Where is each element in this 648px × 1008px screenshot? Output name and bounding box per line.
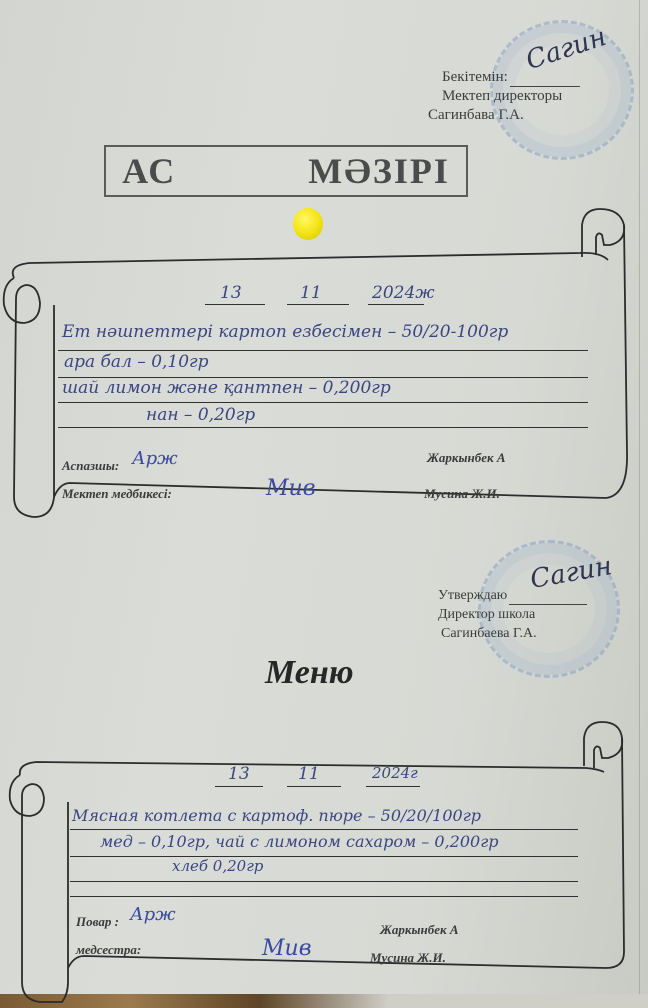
date-year: 2024ж [372, 283, 435, 303]
menu-rule [58, 350, 588, 351]
menu-line: мед – 0,10гр, чай с лимоном сахаром – 0,… [100, 832, 499, 851]
signatory-role: Повар : [76, 914, 119, 930]
menu-line: ара бал – 0,10гр [64, 352, 209, 372]
menu-rule [70, 829, 578, 830]
signatory-name: Мусина Ж.И. [424, 486, 500, 502]
menu-rule [70, 881, 578, 882]
page-title: АС МӘЗІРІ [104, 145, 468, 197]
scroll-frame-ru [0, 720, 648, 1008]
approval-block-kz: Бекітемін: Мектеп директоры Сагинбава Г.… [442, 68, 580, 125]
menu-line: Ет нәшпеттері картоп езбесімен – 50/20-1… [62, 322, 508, 342]
nurse-signature: Мив [262, 936, 312, 961]
date-month: 11 [300, 283, 322, 303]
menu-line: хлеб 0,20гр [172, 857, 263, 875]
signatory-role: медсестра: [76, 942, 141, 958]
menu-rule [58, 427, 588, 428]
cook-signature: Арж [132, 448, 178, 469]
date-month: 11 [298, 764, 320, 784]
date-month-rule [287, 304, 349, 305]
menu-rule [70, 856, 578, 857]
signatory-role: Мектеп медбикесі: [62, 486, 172, 502]
date-year-rule [368, 304, 424, 305]
nurse-signature: Мив [266, 476, 316, 501]
date-year: 2024г [372, 764, 418, 782]
approval-block-ru: Утверждаю Директор школа Сагинбаева Г.А. [438, 586, 587, 643]
date-day-rule [215, 786, 263, 787]
approval-name: Сагинбаева Г.А. [438, 624, 587, 643]
menu-heading: Меню [265, 654, 354, 692]
date-day-rule [205, 304, 265, 305]
menu-line: нан – 0,20гр [146, 405, 255, 425]
menu-rule [70, 896, 578, 897]
date-year-rule [366, 786, 420, 787]
cook-signature: Арж [130, 904, 176, 925]
signatory-name: Мусина Ж.И. [370, 950, 446, 966]
approval-name: Сагинбава Г.А. [428, 106, 580, 125]
menu-rule [58, 402, 588, 403]
date-day: 13 [220, 283, 242, 303]
signatory-role: Аспазшы: [62, 458, 119, 474]
approval-position: Мектеп директоры [442, 87, 580, 106]
date-day: 13 [228, 764, 250, 784]
approval-label: Утверждаю [438, 588, 507, 603]
menu-line: шай лимон және қантпен – 0,200гр [62, 378, 391, 398]
approval-label: Бекітемін: [442, 69, 508, 85]
menu-line: Мясная котлета с картоф. пюре – 50/20/10… [72, 806, 481, 825]
date-month-rule [287, 786, 341, 787]
approval-position: Директор школа [438, 605, 587, 624]
signatory-name: Жаркынбек А [427, 450, 506, 466]
signatory-name: Жаркынбек А [380, 922, 459, 938]
